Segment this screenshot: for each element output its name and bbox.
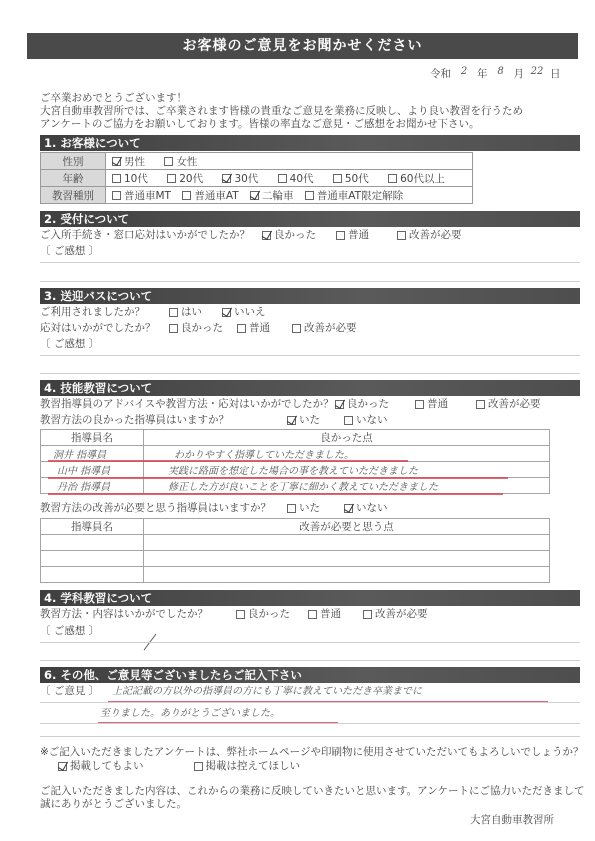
- skill-q2-row: 教習方法の良かった指導員はいますか？ いた いない: [40, 413, 580, 428]
- age-option-50s[interactable]: 50代: [333, 171, 369, 186]
- red-underline: [48, 493, 503, 495]
- bus-service-option-good[interactable]: 良かった: [169, 321, 223, 336]
- checkbox-icon-checked[interactable]: [287, 416, 296, 425]
- option-label: 良かった: [274, 228, 316, 243]
- date-month-unit: 月: [514, 66, 525, 82]
- section-other-header: 6. その他、ご意見等ございましたらご記入下さい: [40, 667, 580, 683]
- skill-q3-question: 教習方法の改善が必要と思う指導員はいますか？: [40, 501, 287, 516]
- gender-row: 性別 男性 女性: [41, 153, 473, 170]
- publish-options-row: 掲載してもよい 掲載は控えてほしい: [58, 759, 595, 774]
- date-year-value[interactable]: 2: [455, 66, 473, 82]
- other-rule-1: [40, 702, 580, 703]
- reception-option-good[interactable]: 良かった: [262, 228, 316, 243]
- gender-label: 性別: [41, 153, 106, 170]
- reception-comment-line-2[interactable]: [40, 281, 580, 282]
- age-row: 年齢 10代 20代 30代 40代 50代 60代以上: [41, 170, 473, 187]
- reception-comment-line-1[interactable]: [40, 262, 580, 263]
- bus-use-option-no[interactable]: いいえ: [222, 305, 266, 320]
- checkbox-icon[interactable]: [169, 324, 178, 333]
- improve-instructor-table: 指導員名 改善が必要と思う点: [40, 518, 550, 583]
- table-row: 丹治 指導員 修正した方が良いことを丁寧に細かく教えていただきました: [41, 478, 550, 494]
- age-option-10s[interactable]: 10代: [112, 171, 148, 186]
- option-label: 普通: [348, 228, 369, 243]
- red-underline: [48, 477, 508, 479]
- course-type-label: 教習種別: [41, 187, 106, 204]
- instructor-name-cell[interactable]: [41, 535, 144, 551]
- date-year-unit: 年: [477, 66, 488, 82]
- skill-q2-question: 教習方法の良かった指導員はいますか？: [40, 413, 287, 428]
- course-option-at-limit-removal[interactable]: 普通車AT限定解除: [305, 188, 403, 203]
- checkbox-icon[interactable]: [278, 174, 287, 183]
- option-label: 50代: [345, 171, 369, 186]
- option-label: いた: [299, 501, 320, 516]
- classroom-comment-line-2[interactable]: [40, 660, 580, 661]
- age-option-40s[interactable]: 40代: [278, 171, 314, 186]
- checkbox-icon-checked[interactable]: [112, 157, 121, 166]
- checkbox-icon[interactable]: [308, 610, 317, 619]
- other-rule-2: [40, 723, 580, 724]
- option-label: 40代: [290, 171, 314, 186]
- classroom-question: 教習方法・内容はいかがでしたか？: [40, 607, 236, 622]
- instructor-name-cell[interactable]: 丹治 指導員: [41, 478, 144, 494]
- good-point-cell[interactable]: 実践に路面を想定した場合の事を教えていただきました: [144, 462, 550, 478]
- header-instructor-name: 指導員名: [41, 430, 144, 446]
- table-row: 山中 指導員 実践に路面を想定した場合の事を教えていただきました: [41, 462, 550, 478]
- bus-comment-label: 〔 ご感想 〕: [40, 337, 580, 352]
- bus-comment-line-1[interactable]: [40, 355, 580, 356]
- classroom-option-good[interactable]: 良かった: [236, 607, 290, 622]
- skill-q1-option-normal[interactable]: 普通: [415, 397, 448, 412]
- option-label: 二輪車: [262, 188, 294, 203]
- checkbox-icon-checked[interactable]: [222, 308, 231, 317]
- checkbox-icon[interactable]: [112, 191, 121, 200]
- gender-option-male[interactable]: 男性: [112, 154, 145, 169]
- intro-line-3: アンケートのご協力をお願いしております。皆様の率直なご意見・ご感想をお聞かせ下さ…: [40, 118, 580, 131]
- gender-options: 男性 女性: [106, 153, 473, 170]
- option-label: 男性: [124, 154, 145, 169]
- course-option-motorcycle[interactable]: 二輪車: [250, 188, 294, 203]
- bus-use-question: ご利用されましたか？: [40, 305, 169, 320]
- option-label: いた: [299, 413, 320, 428]
- age-option-20s[interactable]: 20代: [167, 171, 203, 186]
- school-signature: 大宮自動車教習所: [470, 812, 554, 827]
- option-label: 掲載してもよい: [70, 759, 144, 774]
- checkbox-icon[interactable]: [194, 762, 203, 771]
- date-field: 令和 2 年 8 月 22 日: [430, 66, 570, 82]
- checkbox-icon-checked[interactable]: [262, 231, 271, 240]
- classroom-option-needs-improvement[interactable]: 改善が必要: [363, 607, 428, 622]
- gender-option-female[interactable]: 女性: [164, 154, 197, 169]
- instructor-name-cell[interactable]: [41, 551, 144, 567]
- checkbox-icon-checked[interactable]: [58, 762, 67, 771]
- age-option-60s-plus[interactable]: 60代以上: [388, 171, 445, 186]
- checkbox-icon[interactable]: [237, 324, 246, 333]
- age-option-30s[interactable]: 30代: [222, 171, 258, 186]
- section-reception-header: 2. 受付について: [40, 211, 580, 227]
- reception-option-normal[interactable]: 普通: [336, 228, 369, 243]
- publish-question: ※ご記入いただきましたアンケートは、弊社ホームページや印刷物に使用させていただい…: [40, 746, 585, 759]
- checkbox-icon[interactable]: [236, 610, 245, 619]
- reception-option-needs-improvement[interactable]: 改善が必要: [397, 228, 462, 243]
- option-label: 60代以上: [400, 171, 445, 186]
- other-comment-line-1[interactable]: 上記記載の方以外の指導員の方にも丁寧に教えていただき卒業までに: [112, 684, 422, 699]
- course-type-options: 普通車MT 普通車AT 二輪車 普通車AT限定解除: [106, 187, 473, 204]
- option-label: 普通: [320, 607, 341, 622]
- intro-line-1: ご卒業おめでとうございます！: [40, 92, 580, 105]
- other-comment-row-2: 至りました。ありがとうございました。: [40, 706, 580, 721]
- checkbox-icon-checked[interactable]: [222, 174, 231, 183]
- bus-comment-line-2[interactable]: [40, 373, 580, 374]
- bus-service-option-needs-improvement[interactable]: 改善が必要: [292, 321, 357, 336]
- checkbox-icon[interactable]: [169, 308, 178, 317]
- option-label: 良かった: [347, 397, 389, 412]
- other-comment-line-2[interactable]: 至りました。ありがとうございました。: [100, 706, 280, 721]
- table-row: [41, 551, 550, 567]
- checkbox-icon[interactable]: [344, 416, 353, 425]
- age-label: 年齢: [41, 170, 106, 187]
- skill-q1-option-good[interactable]: 良かった: [335, 397, 389, 412]
- page-title: お客様のご意見をお聞かせください: [27, 33, 578, 59]
- course-option-at[interactable]: 普通車AT: [182, 188, 238, 203]
- option-label: 良かった: [181, 321, 223, 336]
- checkbox-icon[interactable]: [476, 400, 485, 409]
- skill-q3-option-no[interactable]: いない: [344, 501, 388, 516]
- checkbox-icon[interactable]: [336, 231, 345, 240]
- skill-q1-question: 教習指導員のアドバイスや教習方法・応対はいかがでしたか？: [40, 397, 335, 412]
- checkbox-icon[interactable]: [415, 400, 424, 409]
- improvement-point-cell[interactable]: [144, 535, 550, 551]
- date-era: 令和: [430, 66, 451, 82]
- option-label: 10代: [124, 171, 148, 186]
- skill-q1-option-needs-improvement[interactable]: 改善が必要: [476, 397, 541, 412]
- skill-q1-row: 教習指導員のアドバイスや教習方法・応対はいかがでしたか？ 良かった 普通 改善が…: [40, 397, 580, 412]
- classroom-question-row: 教習方法・内容はいかがでしたか？ 良かった 普通 改善が必要: [40, 607, 580, 622]
- checkbox-icon[interactable]: [182, 191, 191, 200]
- option-label: 改善が必要: [375, 607, 428, 622]
- age-options: 10代 20代 30代 40代 50代 60代以上: [106, 170, 473, 187]
- checkbox-icon[interactable]: [333, 174, 342, 183]
- checkbox-icon[interactable]: [388, 174, 397, 183]
- red-underline: [48, 460, 408, 462]
- other-comment-label: 〔 ご意見 〕: [40, 684, 112, 699]
- course-option-mt[interactable]: 普通車MT: [112, 188, 171, 203]
- checkbox-icon[interactable]: [292, 324, 301, 333]
- skill-q3-row: 教習方法の改善が必要と思う指導員はいますか？ いた いない: [40, 501, 580, 516]
- checkbox-icon[interactable]: [167, 174, 176, 183]
- good-point-cell[interactable]: 修正した方が良いことを丁寧に細かく教えていただきました: [144, 478, 550, 494]
- closing-line-2: 誠にありがとうございました。: [40, 798, 585, 811]
- option-label: いない: [356, 413, 388, 428]
- option-label: 普通車AT: [194, 188, 238, 203]
- section-customer-header: 1. お客様について: [40, 135, 580, 151]
- option-label: 普通: [249, 321, 270, 336]
- other-rule-3: [40, 736, 580, 737]
- option-label: 女性: [176, 154, 197, 169]
- classroom-comment-line-1[interactable]: [40, 642, 580, 643]
- bus-service-question: 応対はいかがでしたか？: [40, 321, 169, 336]
- bus-use-row: ご利用されましたか？ はい いいえ: [40, 305, 580, 320]
- checkbox-icon[interactable]: [112, 174, 121, 183]
- checkbox-icon-checked[interactable]: [344, 504, 353, 513]
- skill-q3-option-yes[interactable]: いた: [287, 501, 320, 516]
- option-label: はい: [181, 305, 202, 320]
- option-label: いない: [356, 501, 388, 516]
- customer-info-table: 性別 男性 女性 年齢 10代 20代 30代 40代 50代 60代以上 教習…: [40, 152, 473, 204]
- checkbox-icon[interactable]: [287, 504, 296, 513]
- bus-use-option-yes[interactable]: はい: [169, 305, 202, 320]
- skill-q2-option-yes[interactable]: いた: [287, 413, 320, 428]
- option-label: 普通車AT限定解除: [317, 188, 403, 203]
- date-month-value[interactable]: 8: [492, 66, 510, 82]
- publish-option-allow[interactable]: 掲載してもよい: [58, 759, 144, 774]
- instructor-name-cell[interactable]: 山中 指導員: [41, 462, 144, 478]
- checkbox-icon[interactable]: [305, 191, 314, 200]
- option-label: 20代: [179, 171, 203, 186]
- table-header-row: 指導員名 改善が必要と思う点: [41, 519, 550, 535]
- reception-comment-label: 〔 ご感想 〕: [40, 244, 580, 259]
- checkbox-icon[interactable]: [164, 157, 173, 166]
- section-classroom-header: 4. 学科教習について: [40, 590, 580, 606]
- reception-question: ご入所手続き・窓口応対はいかがでしたか？: [40, 228, 262, 243]
- course-type-row: 教習種別 普通車MT 普通車AT 二輪車 普通車AT限定解除: [41, 187, 473, 204]
- option-label: 掲載は控えてほしい: [206, 759, 301, 774]
- intro-line-2: 大宮自動車教習所では、ご卒業されます皆様の貴重なご意見を業務に反映し、より良い教…: [40, 105, 580, 118]
- publish-option-decline[interactable]: 掲載は控えてほしい: [194, 759, 301, 774]
- closing-text: ご記入いただきました内容は、これからの業務に反映していきたいと思います。アンケー…: [40, 785, 585, 811]
- section-skill-header: 4. 技能教習について: [40, 380, 580, 396]
- intro-text: ご卒業おめでとうございます！ 大宮自動車教習所では、ご卒業されます皆様の貴重なご…: [40, 92, 580, 131]
- section-bus-header: 3. 送迎バスについて: [40, 288, 580, 304]
- option-label: 普通: [427, 397, 448, 412]
- table-row: [41, 535, 550, 551]
- table-header-row: 指導員名 良かった点: [41, 430, 550, 446]
- checkbox-icon-checked[interactable]: [250, 191, 259, 200]
- classroom-comment-label: 〔 ご感想 〕: [40, 624, 580, 639]
- skill-q2-option-no[interactable]: いない: [344, 413, 388, 428]
- date-day-unit: 日: [550, 66, 561, 82]
- option-label: 普通車MT: [124, 188, 171, 203]
- improvement-point-cell[interactable]: [144, 567, 550, 583]
- option-label: いいえ: [234, 305, 266, 320]
- other-comment-row-1: 〔 ご意見 〕 上記記載の方以外の指導員の方にも丁寧に教えていただき卒業までに: [40, 684, 580, 699]
- header-good-points: 良かった点: [144, 430, 550, 446]
- instructor-name-cell[interactable]: [41, 567, 144, 583]
- bus-service-option-normal[interactable]: 普通: [237, 321, 270, 336]
- option-label: 改善が必要: [409, 228, 462, 243]
- checkbox-icon[interactable]: [397, 231, 406, 240]
- table-row: [41, 567, 550, 583]
- improvement-point-cell[interactable]: [144, 551, 550, 567]
- option-label: 良かった: [248, 607, 290, 622]
- closing-line-1: ご記入いただきました内容は、これからの業務に反映していきたいと思います。アンケー…: [40, 785, 585, 798]
- bus-service-row: 応対はいかがでしたか？ 良かった 普通 改善が必要: [40, 321, 580, 336]
- option-label: 30代: [234, 171, 258, 186]
- reception-question-row: ご入所手続き・窓口応対はいかがでしたか？ 良かった 普通 改善が必要: [40, 228, 580, 243]
- checkbox-icon-checked[interactable]: [335, 400, 344, 409]
- date-day-value[interactable]: 22: [528, 66, 546, 82]
- classroom-option-normal[interactable]: 普通: [308, 607, 341, 622]
- option-label: 改善が必要: [488, 397, 541, 412]
- header-instructor-name: 指導員名: [41, 519, 144, 535]
- option-label: 改善が必要: [304, 321, 357, 336]
- header-improvement-points: 改善が必要と思う点: [144, 519, 550, 535]
- checkbox-icon[interactable]: [363, 610, 372, 619]
